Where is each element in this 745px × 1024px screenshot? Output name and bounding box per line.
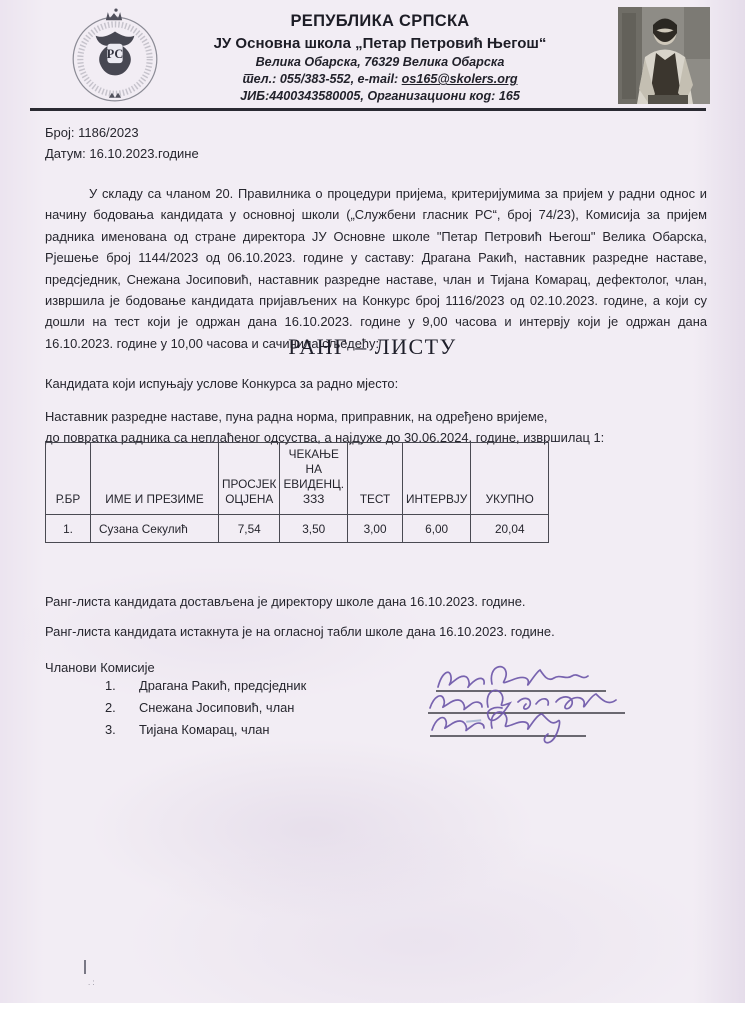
col-header-interview: ИНТЕРВЈУ bbox=[403, 443, 471, 515]
cell-average: 7,54 bbox=[219, 515, 280, 543]
rank-table: Р.БР ИМЕ И ПРЕЗИМЕ ПРОСЈЕК ОЦЈЕНА ЧЕКАЊЕ… bbox=[45, 442, 549, 543]
commission-member: 2. Снежана Јосиповић, члан bbox=[45, 697, 306, 719]
letterhead: РЕПУБЛИКА СРПСКА ЈУ Основна школа „Петар… bbox=[170, 12, 590, 103]
signature-dragana-rakic bbox=[438, 667, 588, 688]
phone-label: тел.: 055/383-552, e-mail: bbox=[242, 72, 401, 86]
cell-rbr: 1. bbox=[46, 515, 91, 543]
posted-note: Ранг-листа кандидата истакнута је на огл… bbox=[45, 624, 555, 639]
col-header-name: ИМЕ И ПРЕЗИМЕ bbox=[91, 443, 219, 515]
col-header-test: ТЕСТ bbox=[348, 443, 403, 515]
col-header-waiting: ЧЕКАЊЕ НА ЕВИДЕНЦ. ЗЗЗ bbox=[280, 443, 348, 515]
scan-edge-artifact bbox=[84, 960, 86, 974]
member-name: Снежана Јосиповић, члан bbox=[139, 697, 294, 719]
member-number: 1. bbox=[105, 675, 139, 697]
svg-text:РС: РС bbox=[107, 47, 123, 61]
header-divider bbox=[30, 108, 706, 111]
commission-member: 1. Драгана Ракић, предсједник bbox=[45, 675, 306, 697]
col-header-total: УКУПНО bbox=[471, 443, 549, 515]
signature-tijana-komarac bbox=[432, 712, 560, 743]
cell-interview: 6,00 bbox=[403, 515, 471, 543]
doc-number: Број: 1186/2023 bbox=[45, 122, 199, 143]
cell-total: 20,04 bbox=[471, 515, 549, 543]
delivered-note: Ранг-листа кандидата достављена је дирек… bbox=[45, 594, 525, 609]
cell-test: 3,00 bbox=[348, 515, 403, 543]
contact-line: тел.: 055/383-552, e-mail: os165@skolers… bbox=[170, 72, 590, 86]
republika-srpska-coat-of-arms-icon: РС bbox=[64, 6, 166, 108]
col-header-average: ПРОСЈЕК ОЦЈЕНА bbox=[219, 443, 280, 515]
position-line-1: Наставник разредне наставе, пуна радна н… bbox=[45, 406, 604, 427]
school-address: Велика Обарска, 76329 Велика Обарска bbox=[170, 55, 590, 69]
cell-name: Сузана Секулић bbox=[91, 515, 219, 543]
member-number: 2. bbox=[105, 697, 139, 719]
member-name: Драгана Ракић, предсједник bbox=[139, 675, 306, 697]
commission-member: 3. Тијана Комарац, члан bbox=[45, 719, 306, 741]
signatures-block bbox=[424, 650, 642, 748]
email-link[interactable]: os165@skolers.org bbox=[402, 72, 518, 86]
table-row: 1. Сузана Секулић 7,54 3,50 3,00 6,00 20… bbox=[46, 515, 549, 543]
scan-edge-artifact-dots: . : bbox=[88, 978, 95, 987]
scanned-document-page: РС РЕПУБЛИКА СРПСКА ЈУ Основна школа „Пе… bbox=[0, 0, 745, 1024]
subheading: Кандидата који испуњају услове Конкурса … bbox=[45, 376, 398, 391]
njegos-portrait bbox=[618, 7, 710, 104]
jib-line: ЈИБ:4400343580005, Организациони код: 16… bbox=[170, 89, 590, 103]
republic-title: РЕПУБЛИКА СРПСКА bbox=[170, 12, 590, 31]
commission-block: Чланови Комисије 1. Драгана Ракић, предс… bbox=[45, 660, 306, 741]
doc-meta: Број: 1186/2023 Датум: 16.10.2023.године bbox=[45, 122, 199, 164]
col-header-rbr: Р.БР bbox=[46, 443, 91, 515]
table-header-row: Р.БР ИМЕ И ПРЕЗИМЕ ПРОСЈЕК ОЦЈЕНА ЧЕКАЊЕ… bbox=[46, 443, 549, 515]
intro-paragraph: У складу са чланом 20. Правилника о проц… bbox=[45, 183, 707, 354]
signature-snezana-josipovic bbox=[430, 690, 616, 720]
rank-list-heading: РАНГ – ЛИСТУ bbox=[0, 334, 745, 360]
member-number: 3. bbox=[105, 719, 139, 741]
member-name: Тијана Комарац, члан bbox=[139, 719, 270, 741]
cell-waiting: 3,50 bbox=[280, 515, 348, 543]
commission-title: Чланови Комисије bbox=[45, 660, 306, 675]
school-name: ЈУ Основна школа „Петар Петровић Његош“ bbox=[170, 35, 590, 52]
doc-date: Датум: 16.10.2023.године bbox=[45, 143, 199, 164]
